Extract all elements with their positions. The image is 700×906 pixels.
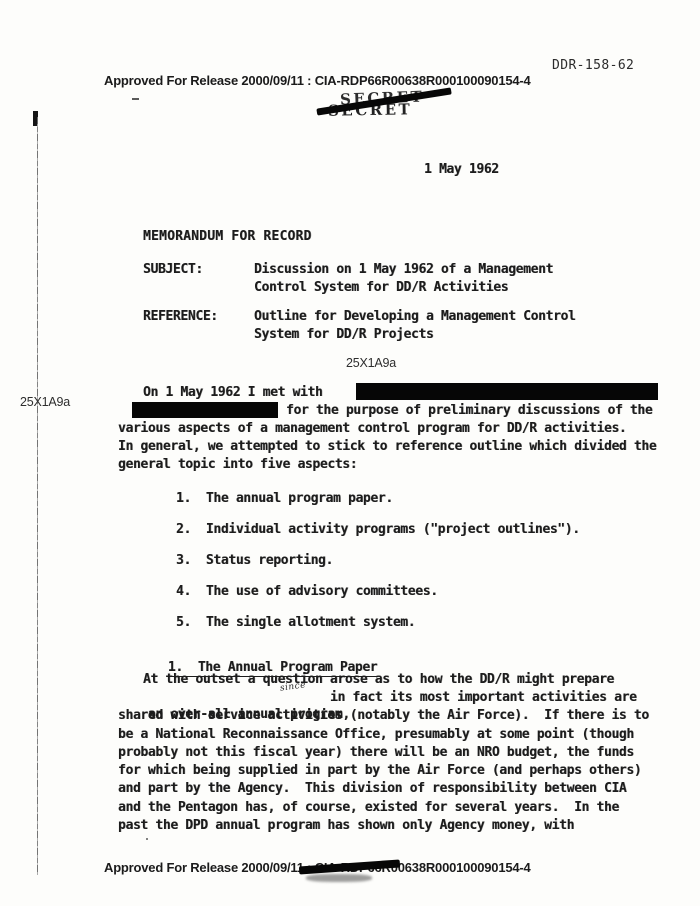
para1-line1-text: On 1 May 1962 I met with (143, 384, 322, 401)
para2-line8: and the Pentagon has, of course, existed… (118, 799, 619, 816)
para2-line9: past the DPD annual program has shown on… (118, 817, 574, 834)
para2-line1: At the outset a question arose as to how… (143, 671, 614, 688)
memo-date: 1 May 1962 (424, 161, 499, 178)
subject-label: SUBJECT: (143, 261, 203, 278)
para2-line4: be a National Reconnaissance Office, pre… (118, 726, 634, 743)
para2-line2-post: in fact its most important activities ar… (330, 689, 637, 706)
para1-line5: general topic into five aspects: (118, 456, 357, 473)
memo-title: MEMORANDUM FOR RECORD (143, 228, 312, 245)
list-item-5: 5. The single allotment system. (176, 614, 415, 631)
declass-code-margin: 25X1A9a (20, 395, 70, 409)
secret-stamp: SECRET SECRET (326, 90, 476, 124)
para1-line3: various aspects of a management control … (118, 420, 626, 437)
redaction-bar-2 (132, 402, 278, 418)
left-margin-line (37, 117, 38, 875)
declass-code-center: 25X1A9a (346, 356, 396, 370)
subject-line-1: Discussion on 1 May 1962 of a Management (254, 261, 553, 278)
scanned-memo-page: DDR-158-62 Approved For Release 2000/09/… (0, 0, 700, 906)
reference-label: REFERENCE: (143, 308, 218, 325)
reference-line-2: System for DD/R Projects (254, 326, 433, 343)
list-item-4: 4. The use of advisory committees. (176, 583, 438, 600)
list-item-3: 3. Status reporting. (176, 552, 333, 569)
ink-speck (146, 838, 148, 840)
para1-line4: In general, we attempted to stick to ref… (118, 438, 656, 455)
doc-number: DDR-158-62 (552, 57, 634, 74)
reference-line-1: Outline for Developing a Management Cont… (254, 308, 576, 325)
para2-line6: for which being supplied in part by the … (118, 762, 641, 779)
list-item-2: 2. Individual activity programs ("projec… (176, 521, 580, 538)
footer-ink-smudge (306, 874, 372, 882)
subject-line-2: Control System for DD/R Activities (254, 279, 508, 296)
para2-line5: probably not this fiscal year) there wil… (118, 744, 634, 761)
redaction-bar-1 (356, 383, 658, 400)
para1-line2-text: for the purpose of preliminary discussio… (286, 402, 652, 419)
ink-speck (132, 98, 139, 100)
para2-line3: shared with service activities (notably … (118, 707, 649, 724)
para2-line7: and part by the Agency. This division of… (118, 780, 626, 797)
list-item-1: 1. The annual program paper. (176, 490, 393, 507)
handwritten-insert-annotation: since (279, 677, 307, 697)
release-header-text: Approved For Release 2000/09/11 : CIA-RD… (104, 73, 531, 88)
